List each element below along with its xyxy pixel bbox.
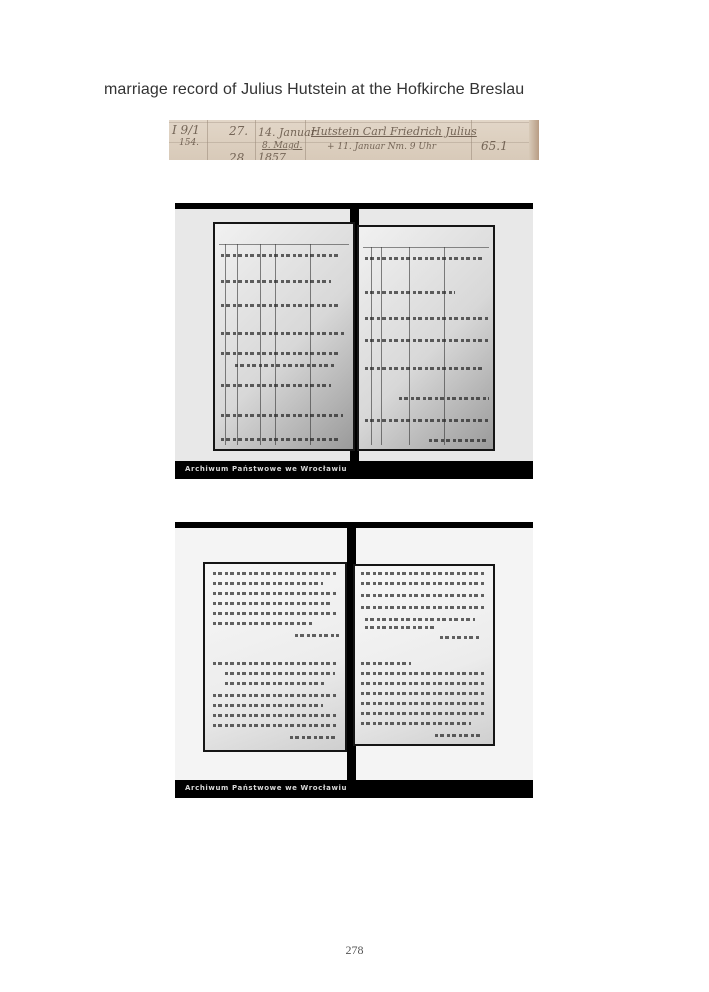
entry-date-next: 1857 (258, 151, 286, 160)
archive-watermark-bar: Archiwum Państwowe we Wrocławiu (175, 780, 533, 798)
register-excerpt-image: I 9/1 154. 27. 14. Januar 8. Magd. Hutst… (169, 120, 539, 160)
entry-note: + 11. Januar Nm. 9 Uhr (327, 142, 436, 152)
figure-caption: marriage record of Julius Hutstein at th… (104, 81, 524, 99)
left-page (213, 222, 355, 451)
entry-col1: I 9/1 (172, 123, 200, 137)
page-number: 278 (0, 943, 709, 958)
entry-date: 14. Januar (258, 126, 316, 139)
entry-number-next: 28 (229, 151, 244, 160)
entry-name: Hutstein Carl Friedrich Julius (311, 125, 477, 138)
right-page (353, 564, 495, 746)
right-page (357, 225, 495, 451)
entry-age: 65.1 (481, 139, 508, 153)
archive-watermark: Archiwum Państwowe we Wrocławiu (185, 465, 347, 473)
entry-col1b: 154. (179, 138, 199, 148)
archive-watermark-bar: Archiwum Państwowe we Wrocławiu (175, 461, 533, 479)
entry-sub: 8. Magd. (262, 141, 302, 151)
scan-image-register-spread: Archiwum Państwowe we Wrocławiu (175, 203, 533, 479)
scan-image-marriage-record: Archiwum Państwowe we Wrocławiu (175, 522, 533, 798)
archive-watermark: Archiwum Państwowe we Wrocławiu (185, 784, 347, 792)
entry-number: 27. (229, 124, 248, 138)
left-page (203, 562, 347, 752)
